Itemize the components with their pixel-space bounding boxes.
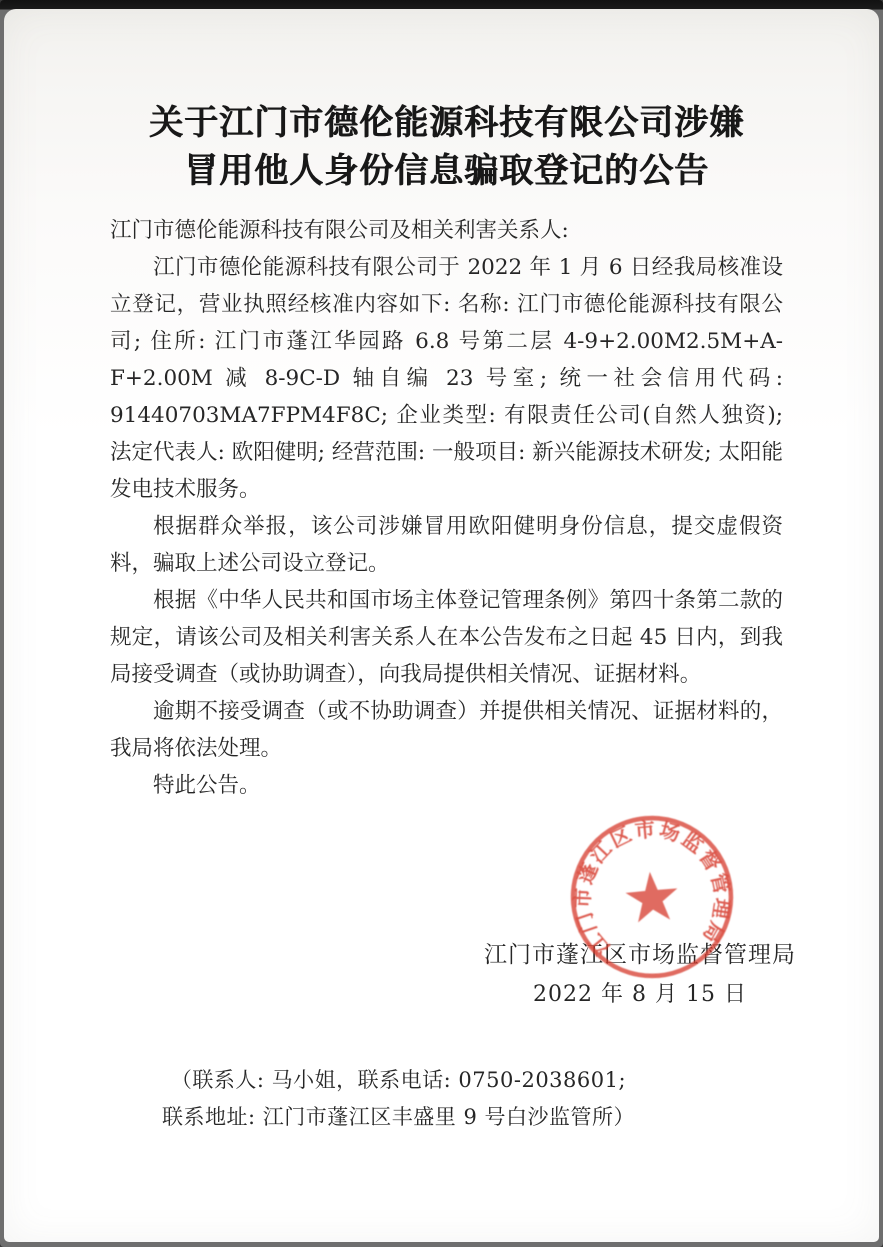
paragraph-regulation: 根据《中华人民共和国市场主体登记管理条例》第四十条第二款的规定，请该公司及相关利… <box>110 582 783 693</box>
paper-sheet: 关于江门市德伦能源科技有限公司涉嫌 冒用他人身份信息骗取登记的公告 江门市德伦能… <box>4 9 879 1242</box>
document-content: 关于江门市德伦能源科技有限公司涉嫌 冒用他人身份信息骗取登记的公告 江门市德伦能… <box>4 9 879 1136</box>
scanned-page: 关于江门市德伦能源科技有限公司涉嫌 冒用他人身份信息骗取登记的公告 江门市德伦能… <box>0 0 883 1247</box>
paragraph-report: 根据群众举报，该公司涉嫌冒用欧阳健明身份信息，提交虚假资料，骗取上述公司设立登记… <box>110 508 783 582</box>
document-title: 关于江门市德伦能源科技有限公司涉嫌 冒用他人身份信息骗取登记的公告 <box>110 99 783 195</box>
issue-date: 2022 年 8 月 15 日 <box>484 980 796 1010</box>
contact-info: （联系人: 马小姐，联系电话: 0750-2038601; 联系地址: 江门市蓬… <box>62 1062 735 1136</box>
title-line-1: 关于江门市德伦能源科技有限公司涉嫌 <box>110 99 783 147</box>
salutation: 江门市德伦能源科技有限公司及相关利害关系人: <box>110 212 783 249</box>
document-body: 江门市德伦能源科技有限公司及相关利害关系人: 江门市德伦能源科技有限公司于 20… <box>110 212 783 804</box>
contact-line-address: 联系地址: 江门市蓬江区丰盛里 9 号白沙监管所） <box>62 1099 735 1136</box>
title-line-2: 冒用他人身份信息骗取登记的公告 <box>110 147 783 195</box>
paragraph-registration-details: 江门市德伦能源科技有限公司于 2022 年 1 月 6 日经我局核准设立登记，营… <box>110 249 783 508</box>
signature-block: 江门市蓬江区市场监督管理局 2022 年 8 月 15 日 <box>484 938 796 1010</box>
contact-line-person: （联系人: 马小姐，联系电话: 0750-2038601; <box>62 1062 735 1099</box>
paragraph-closing: 特此公告。 <box>110 767 783 804</box>
issuer-name: 江门市蓬江区市场监督管理局 <box>484 938 796 972</box>
paragraph-overdue: 逾期不接受调查（或不协助调查）并提供相关情况、证据材料的，我局将依法处理。 <box>110 693 783 767</box>
